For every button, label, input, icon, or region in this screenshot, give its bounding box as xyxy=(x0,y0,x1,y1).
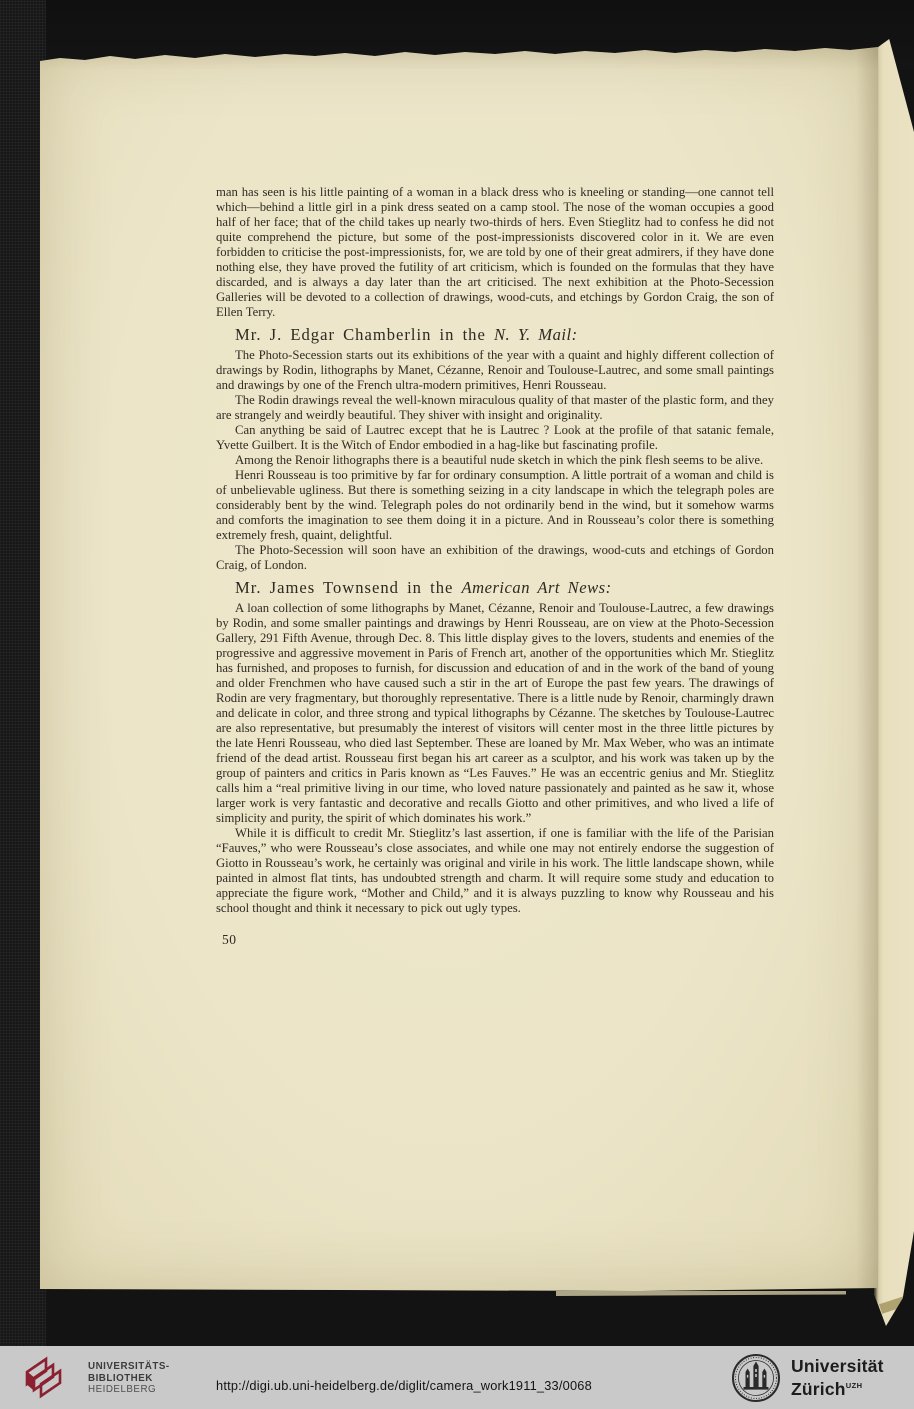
paragraph: The Photo-Secession starts out its exhib… xyxy=(216,348,774,393)
heading-publication: N. Y. Mail: xyxy=(494,325,578,344)
section-heading-townsend: Mr. James Townsend in the American Art N… xyxy=(235,578,774,598)
continuation-paragraph: man has seen is his little painting of a… xyxy=(216,185,774,320)
library-name-line3: HEIDELBERG xyxy=(88,1384,170,1396)
page-number: 50 xyxy=(216,932,774,947)
section-heading-chamberlin: Mr. J. Edgar Chamberlin in the N. Y. Mai… xyxy=(235,325,774,345)
uzh-logo: Universität ZürichUZH xyxy=(731,1353,884,1403)
uzh-superscript: UZH xyxy=(846,1381,863,1390)
paragraph: A loan collection of some lithographs by… xyxy=(216,601,774,826)
uzh-name-line2: ZürichUZH xyxy=(791,1376,884,1399)
heading-prefix: Mr. James Townsend in the xyxy=(235,578,462,597)
heading-prefix: Mr. J. Edgar Chamberlin in the xyxy=(235,325,494,344)
binding-cloth xyxy=(0,0,46,1346)
paragraph: The Rodin drawings reveal the well-known… xyxy=(216,393,774,423)
adjacent-page-edge xyxy=(874,36,914,1350)
book-page: man has seen is his little painting of a… xyxy=(40,44,878,1292)
paragraph: The Photo-Secession will soon have an ex… xyxy=(216,543,774,573)
heidelberg-library-name: UNIVERSITÄTS- BIBLIOTHEK HEIDELBERG xyxy=(88,1361,170,1396)
article-text: man has seen is his little painting of a… xyxy=(216,185,774,947)
viewer-footer-bar: UNIVERSITÄTS- BIBLIOTHEK HEIDELBERG http… xyxy=(0,1346,914,1409)
paragraph: Among the Renoir lithographs there is a … xyxy=(216,453,774,468)
library-name-line1: UNIVERSITÄTS- xyxy=(88,1361,170,1373)
library-name-line2: BIBLIOTHEK xyxy=(88,1373,170,1385)
uzh-wordmark: Universität ZürichUZH xyxy=(791,1357,884,1400)
paragraph: While it is difficult to credit Mr. Stie… xyxy=(216,826,774,916)
document-url: http://digi.ub.uni-heidelberg.de/diglit/… xyxy=(216,1378,592,1393)
uzh-seal-icon xyxy=(731,1353,781,1403)
paragraph: Henri Rousseau is too primitive by far f… xyxy=(216,468,774,543)
heading-publication: American Art News: xyxy=(462,578,612,597)
heidelberg-library-logo-icon xyxy=(22,1356,74,1400)
paragraph: Can anything be said of Lautrec except t… xyxy=(216,423,774,453)
page-edge-strip xyxy=(556,1291,846,1296)
uzh-name-line1: Universität xyxy=(791,1357,884,1377)
scan-viewport: man has seen is his little painting of a… xyxy=(0,0,914,1409)
